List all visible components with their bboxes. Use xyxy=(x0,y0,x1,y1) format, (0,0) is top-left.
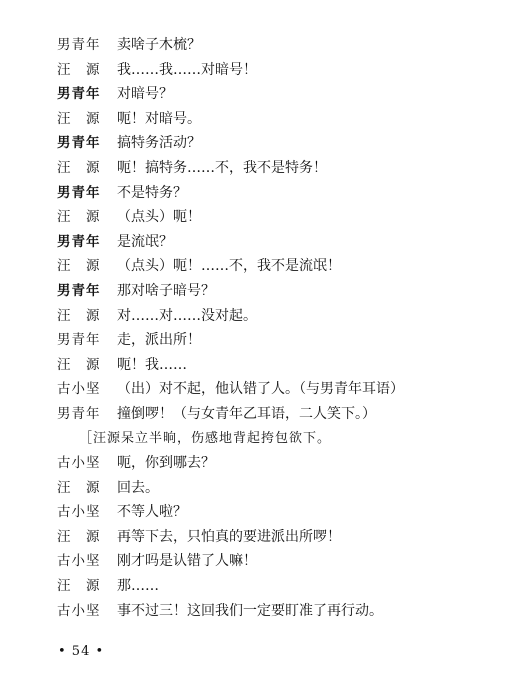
dialogue-text: 呃！对暗号。 xyxy=(117,107,201,132)
dialogue-text: 走，派出所！ xyxy=(117,328,201,353)
dialogue-line: 汪 源那…… xyxy=(57,574,497,599)
speaker-name: 男青年 xyxy=(57,402,117,427)
speaker-name: 古小坚 xyxy=(57,599,117,624)
dialogue-line: 汪 源呃！我…… xyxy=(57,353,497,378)
speaker-name: 古小坚 xyxy=(57,549,117,574)
book-page: 男青年卖啥子木梳？ 汪 源我……我……对暗号！ 男青年对暗号？ 汪 源呃！对暗号… xyxy=(0,0,507,690)
dialogue-line: 古小坚事不过三！这回我们一定要盯准了再行动。 xyxy=(57,599,497,624)
dialogue-text: 呃！搞特务……不，我不是特务！ xyxy=(117,156,327,181)
dialogue-line: 古小坚不等人啦？ xyxy=(57,500,497,525)
dialogue-line: 汪 源再等下去，只怕真的要进派出所啰！ xyxy=(57,525,497,550)
speaker-name: 古小坚 xyxy=(57,500,117,525)
speaker-name: 汪 源 xyxy=(57,205,117,230)
dialogue-text: （点头）呃！……不，我不是流氓！ xyxy=(117,254,341,279)
dialogue-line: 汪 源（点头）呃！……不，我不是流氓！ xyxy=(57,254,497,279)
dialogue-line: 汪 源（点头）呃！ xyxy=(57,205,497,230)
dialogue-text: 那…… xyxy=(117,574,159,599)
dialogue-text: 呃！我…… xyxy=(117,353,187,378)
dialogue-line: 汪 源呃！对暗号。 xyxy=(57,107,497,132)
dialogue-text: 对……对……没对起。 xyxy=(117,304,257,329)
dialogue-line: 男青年搞特务活动？ xyxy=(57,131,497,156)
dialogue-line: 男青年对暗号？ xyxy=(57,82,497,107)
speaker-name: 男青年 xyxy=(57,181,117,206)
dialogue-line: 男青年撞倒啰！（与女青年乙耳语，二人笑下。） xyxy=(57,402,497,427)
dialogue-line: 古小坚呃，你到哪去？ xyxy=(57,451,497,476)
dialogue-line: 汪 源我……我……对暗号！ xyxy=(57,58,497,83)
dialogue-text: 不是特务？ xyxy=(117,181,187,206)
dialogue-text: 事不过三！这回我们一定要盯准了再行动。 xyxy=(117,599,383,624)
dialogue-text: 回去。 xyxy=(117,476,159,501)
dialogue-line: 古小坚刚才吗是认错了人嘛！ xyxy=(57,549,497,574)
dialogue-line: 汪 源对……对……没对起。 xyxy=(57,304,497,329)
speaker-name: 汪 源 xyxy=(57,574,117,599)
dialogue-text: 撞倒啰！（与女青年乙耳语，二人笑下。） xyxy=(117,402,376,427)
speaker-name: 男青年 xyxy=(57,33,117,58)
speaker-name: 男青年 xyxy=(57,82,117,107)
dialogue-text: 刚才吗是认错了人嘛！ xyxy=(117,549,257,574)
dialogue-text: （出）对不起，他认错了人。（与男青年耳语） xyxy=(117,377,404,402)
dialogue-text: 我……我……对暗号！ xyxy=(117,58,257,83)
stage-direction: ［汪源呆立半晌，伤感地背起挎包欲下。 xyxy=(57,427,497,452)
speaker-name: 汪 源 xyxy=(57,107,117,132)
speaker-name: 男青年 xyxy=(57,328,117,353)
dialogue-text: 呃，你到哪去？ xyxy=(117,451,215,476)
speaker-name: 汪 源 xyxy=(57,304,117,329)
dialogue-text: 不等人啦？ xyxy=(117,500,187,525)
dialogue-text: 卖啥子木梳？ xyxy=(117,33,201,58)
dialogue-line: 汪 源回去。 xyxy=(57,476,497,501)
dialogue-text: 搞特务活动？ xyxy=(117,131,201,156)
speaker-name: 汪 源 xyxy=(57,58,117,83)
speaker-name: 汪 源 xyxy=(57,353,117,378)
script-dialogue: 男青年卖啥子木梳？ 汪 源我……我……对暗号！ 男青年对暗号？ 汪 源呃！对暗号… xyxy=(57,33,497,623)
speaker-name: 汪 源 xyxy=(57,254,117,279)
speaker-name: 古小坚 xyxy=(57,451,117,476)
page-number: • 54 • xyxy=(58,644,104,659)
dialogue-text: 再等下去，只怕真的要进派出所啰！ xyxy=(117,525,341,550)
dialogue-line: 男青年是流氓？ xyxy=(57,230,497,255)
dialogue-text: 那对啥子暗号？ xyxy=(117,279,215,304)
speaker-name: 男青年 xyxy=(57,279,117,304)
speaker-name: 男青年 xyxy=(57,230,117,255)
speaker-name: 汪 源 xyxy=(57,156,117,181)
dialogue-line: 古小坚（出）对不起，他认错了人。（与男青年耳语） xyxy=(57,377,497,402)
dialogue-text: 是流氓？ xyxy=(117,230,173,255)
dialogue-line: 男青年卖啥子木梳？ xyxy=(57,33,497,58)
dialogue-text: （点头）呃！ xyxy=(117,205,201,230)
dialogue-line: 男青年那对啥子暗号？ xyxy=(57,279,497,304)
dialogue-line: 男青年不是特务？ xyxy=(57,181,497,206)
speaker-name: 汪 源 xyxy=(57,476,117,501)
dialogue-line: 男青年走，派出所！ xyxy=(57,328,497,353)
dialogue-text: 对暗号？ xyxy=(117,82,173,107)
speaker-name: 古小坚 xyxy=(57,377,117,402)
speaker-name: 汪 源 xyxy=(57,525,117,550)
dialogue-line: 汪 源呃！搞特务……不，我不是特务！ xyxy=(57,156,497,181)
speaker-name: 男青年 xyxy=(57,131,117,156)
